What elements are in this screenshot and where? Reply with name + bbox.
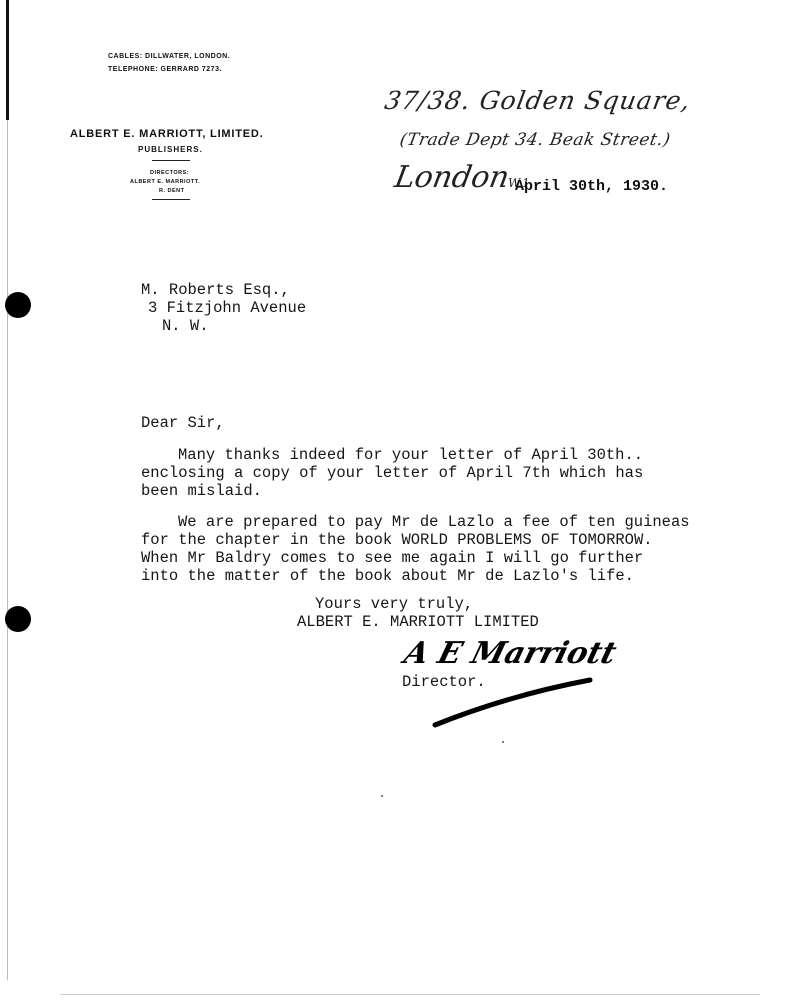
- recipient-line: 3 Fitzjohn Avenue: [148, 299, 306, 317]
- punch-hole: [5, 292, 31, 318]
- signatory-company: ALBERT E. MARRIOTT LIMITED: [297, 613, 539, 631]
- divider: [152, 160, 190, 161]
- punch-hole: [5, 606, 31, 632]
- company-subtitle: PUBLISHERS.: [138, 145, 203, 154]
- body-line: enclosing a copy of your letter of April…: [141, 464, 643, 482]
- body-line: We are prepared to pay Mr de Lazlo a fee…: [178, 513, 690, 531]
- divider: [152, 199, 190, 200]
- telephone-line: TELEPHONE: GERRARD 7273.: [108, 66, 222, 73]
- cables-line: CABLES: DILLWATER, LONDON.: [108, 53, 230, 60]
- directors-label: DIRECTORS:: [150, 170, 189, 176]
- body-line: for the chapter in the book WORLD PROBLE…: [141, 531, 653, 549]
- page-bottom-edge: [60, 994, 760, 995]
- page-edge-line: [7, 120, 8, 980]
- director-name: ALBERT E. MARRIOTT.: [130, 179, 200, 185]
- signatory-title: Director.: [402, 673, 486, 691]
- body-line: When Mr Baldry comes to see me again I w…: [141, 549, 643, 567]
- signature: A E Marriott: [400, 636, 620, 671]
- body-line: into the matter of the book about Mr de …: [141, 567, 634, 585]
- page-edge-mark: [6, 0, 9, 120]
- address-city: LondonW.1: [392, 160, 534, 195]
- director-name: R. DENT: [159, 188, 185, 194]
- body-line: Many thanks indeed for your letter of Ap…: [178, 446, 643, 464]
- body-line: been mislaid.: [141, 482, 262, 500]
- recipient-line: M. Roberts Esq.,: [141, 281, 290, 299]
- address-line-2: (Trade Dept 34. Beak Street.): [398, 130, 672, 150]
- salutation: Dear Sir,: [141, 414, 225, 432]
- speck: [502, 741, 504, 743]
- letter-date: April 30th, 1930.: [515, 178, 668, 195]
- recipient-line: N. W.: [162, 317, 209, 335]
- company-name: ALBERT E. MARRIOTT, LIMITED.: [70, 128, 264, 140]
- city-name: London: [392, 160, 512, 195]
- address-line-1: 37/38. Golden Square,: [382, 86, 693, 115]
- speck: [381, 795, 383, 797]
- closing: Yours very truly,: [315, 595, 473, 613]
